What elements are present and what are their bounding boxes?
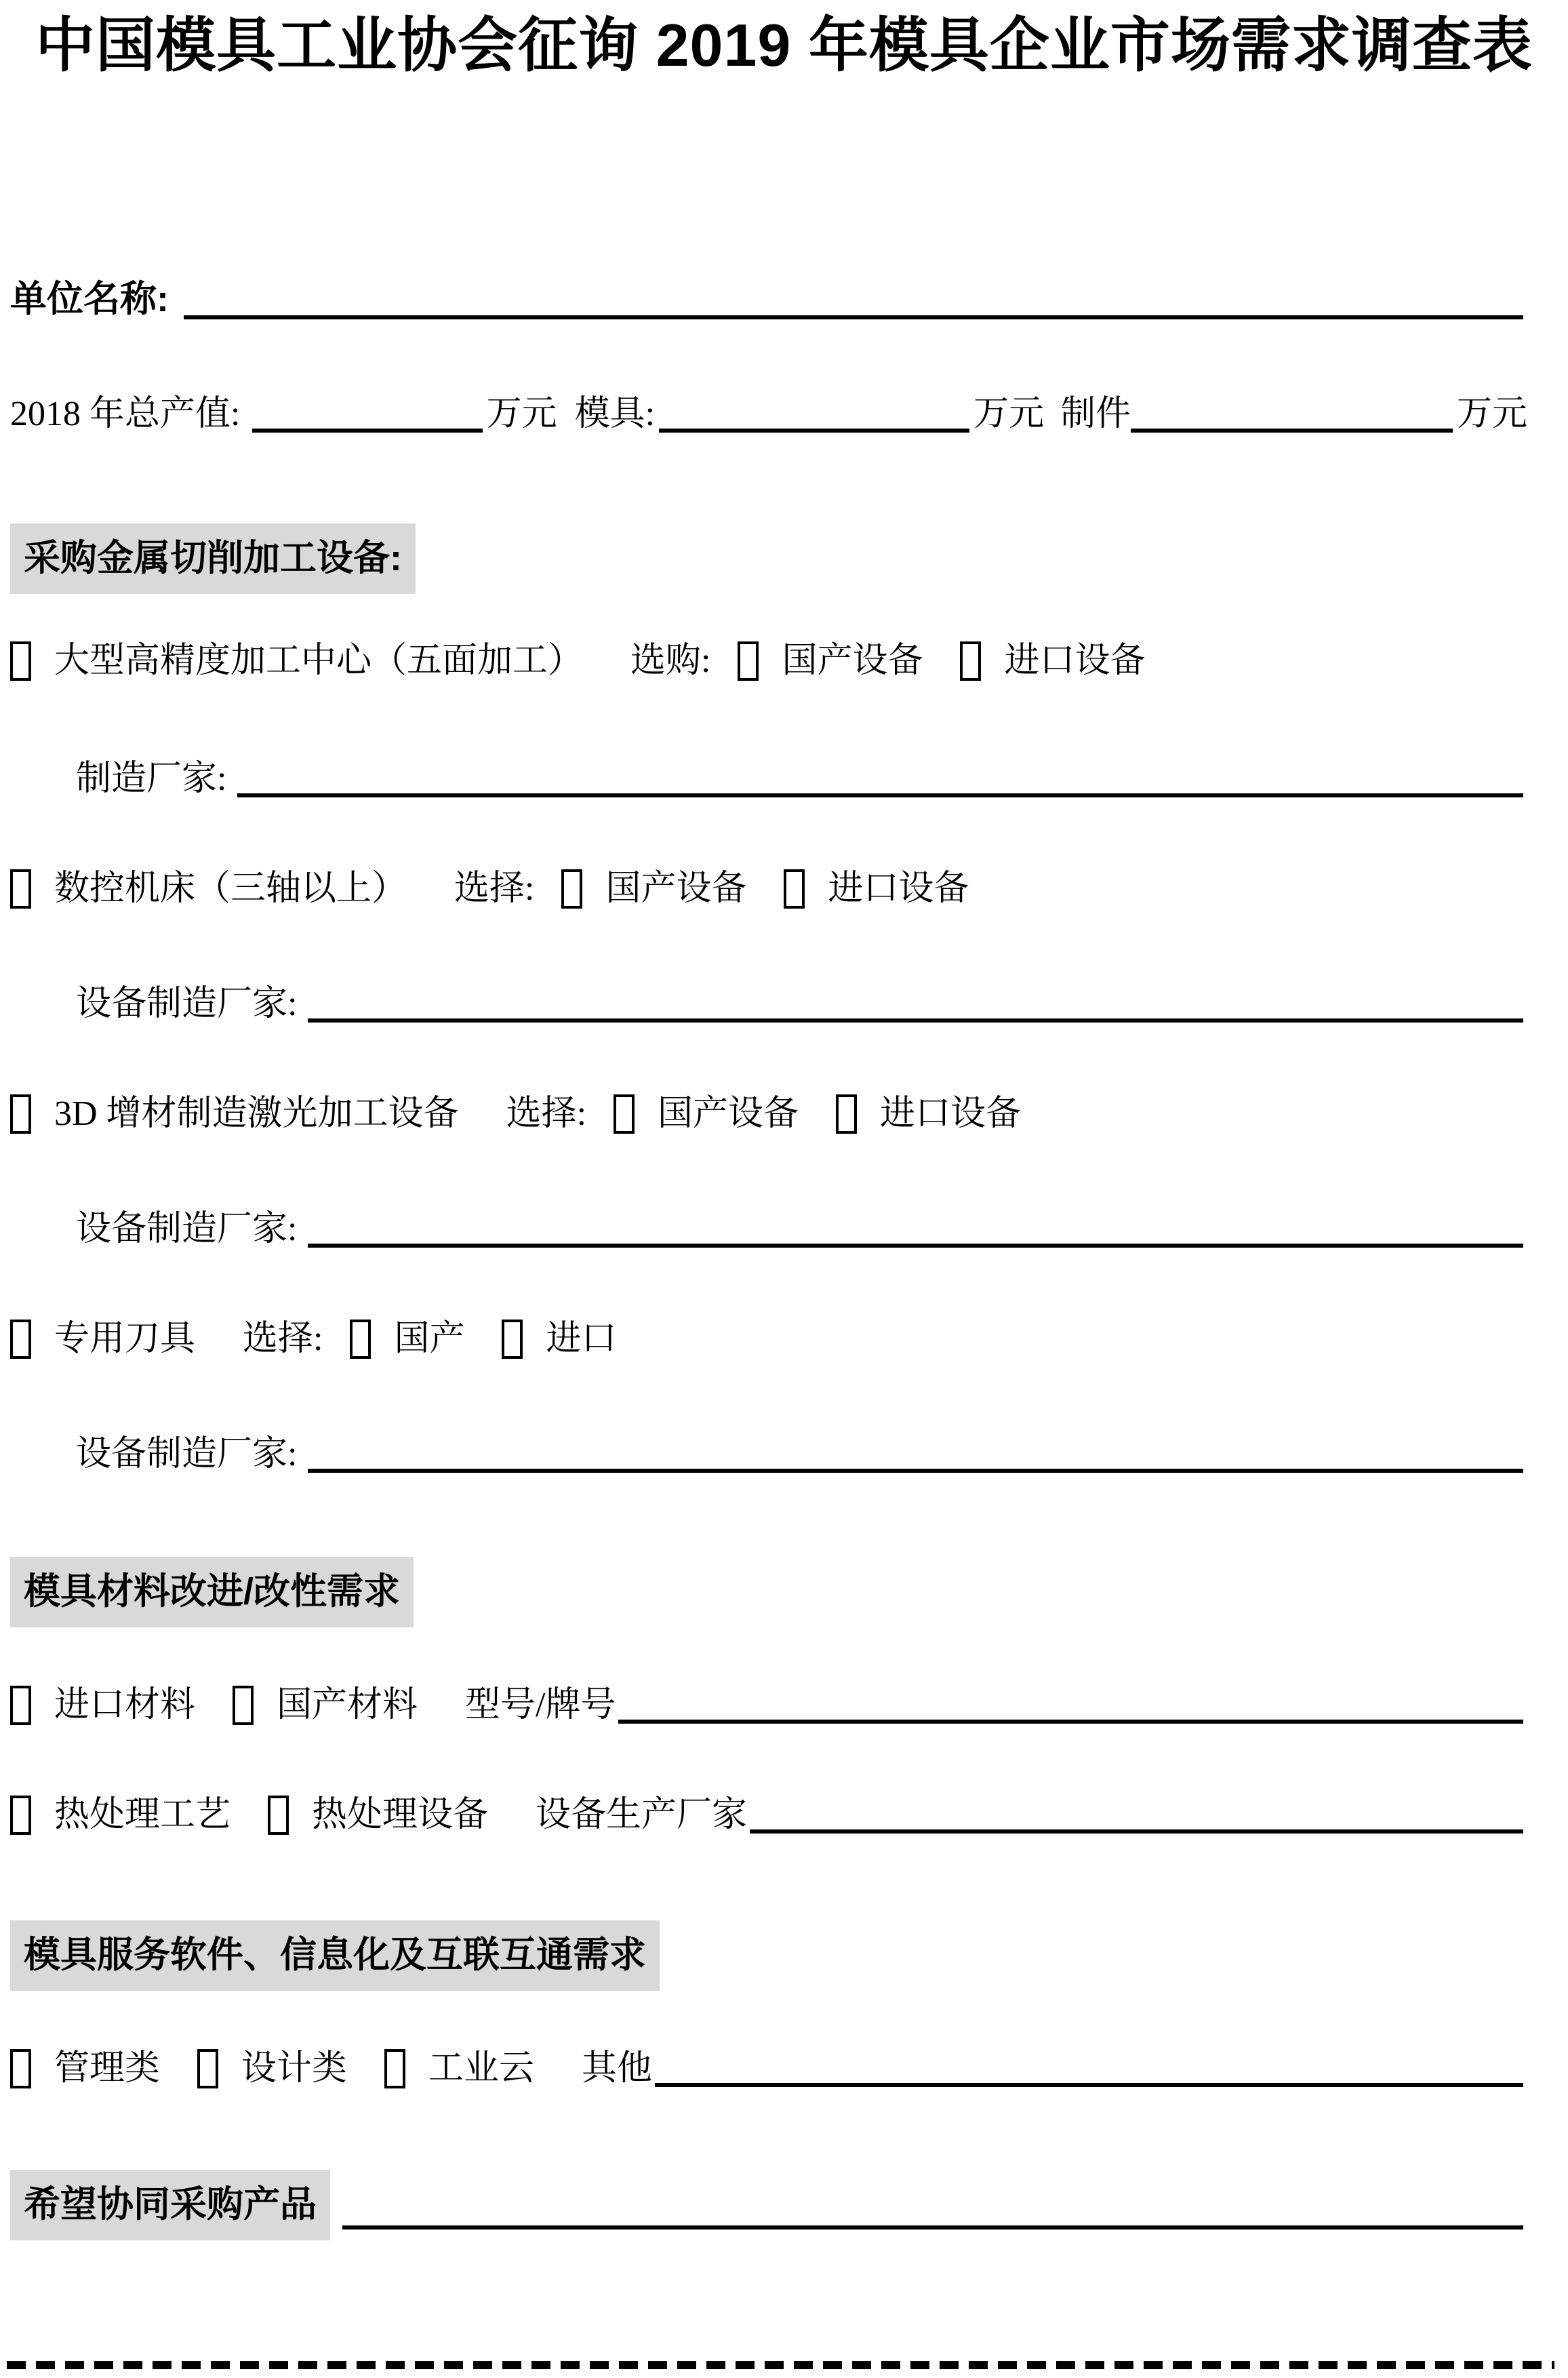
manufacturer-row-4: 设备制造厂家: bbox=[76, 1432, 1527, 1476]
unit-wanyuan-1: 万元 bbox=[487, 392, 557, 436]
fill-line-model-grade[interactable] bbox=[618, 1716, 1523, 1724]
option-label: 国产设备 bbox=[658, 1092, 799, 1136]
checkbox-option-domestic-equipment-1[interactable] bbox=[738, 641, 759, 681]
checkbox-heat-treatment-process[interactable] bbox=[10, 1796, 31, 1835]
checkbox-option-domestic-equipment-3[interactable] bbox=[614, 1094, 635, 1134]
manufacturer-label: 设备制造厂家: bbox=[76, 982, 297, 1026]
material-row-1: 进口材料 国产材料 型号/牌号 bbox=[10, 1683, 1527, 1727]
checkbox-option-imported-equipment-2[interactable] bbox=[784, 869, 805, 909]
other-label: 其他 bbox=[582, 2046, 652, 2090]
checkbox-management-software[interactable] bbox=[10, 2049, 31, 2088]
section-header-material: 模具材料改进/改性需求 bbox=[10, 1557, 414, 1627]
item-text: 数控机床（三轴以上） bbox=[54, 867, 407, 911]
checkbox-option-imported[interactable] bbox=[502, 1320, 523, 1359]
form-title: 中国模具工业协会征询 2019 年模具企业市场需求调查表 bbox=[0, 8, 1568, 83]
software-row: 管理类 设计类 工业云 其他 bbox=[10, 2046, 1527, 2090]
checkbox-option-domestic[interactable] bbox=[350, 1320, 371, 1359]
option-label: 工业云 bbox=[428, 2046, 534, 2090]
parts-value-label: 制件 bbox=[1060, 392, 1131, 436]
option-label: 进口设备 bbox=[1004, 639, 1145, 683]
option-label: 国产设备 bbox=[605, 867, 746, 911]
option-label: 管理类 bbox=[54, 2046, 160, 2090]
dashed-cut-line bbox=[7, 2361, 1554, 2369]
checkbox-3d-laser[interactable] bbox=[10, 1094, 31, 1134]
fill-line-other-software[interactable] bbox=[655, 2079, 1523, 2087]
fill-line-unit-name[interactable] bbox=[184, 311, 1523, 319]
item-row-cnc-machine: 数控机床（三轴以上） 选择: 国产设备 进口设备 bbox=[10, 867, 1527, 911]
total-output-label: 2018 年总产值: bbox=[10, 392, 240, 436]
checkbox-domestic-material[interactable] bbox=[233, 1686, 254, 1725]
item-text: 3D 增材制造激光加工设备 bbox=[54, 1092, 459, 1136]
item-text: 大型高精度加工中心（五面加工） bbox=[54, 639, 583, 683]
option-label: 进口材料 bbox=[54, 1683, 195, 1727]
choice-label: 选购: bbox=[630, 639, 710, 683]
item-row-3d-laser: 3D 增材制造激光加工设备 选择: 国产设备 进口设备 bbox=[10, 1092, 1527, 1136]
choice-label: 选择: bbox=[506, 1092, 586, 1136]
option-label: 进口设备 bbox=[828, 867, 969, 911]
option-label: 设计类 bbox=[241, 2046, 347, 2090]
section-header-equipment: 采购金属切削加工设备: bbox=[10, 523, 416, 594]
checkbox-industrial-cloud[interactable] bbox=[384, 2049, 405, 2088]
checkbox-heat-treatment-equipment[interactable] bbox=[268, 1796, 289, 1835]
option-label: 国产材料 bbox=[277, 1683, 418, 1727]
fill-line-parts-output[interactable] bbox=[1131, 424, 1453, 433]
fill-line-equipment-producer[interactable] bbox=[750, 1825, 1523, 1834]
fill-line-manufacturer-3[interactable] bbox=[308, 1240, 1523, 1248]
checkbox-cnc-machine[interactable] bbox=[10, 869, 31, 909]
manufacturer-row-3: 设备制造厂家: bbox=[76, 1207, 1527, 1251]
output-value-row: 2018 年总产值: 万元 模具: 万元 制件 万元 bbox=[10, 392, 1527, 436]
section-header-procurement: 希望协同采购产品 bbox=[10, 2170, 330, 2240]
checkbox-option-domestic-equipment-2[interactable] bbox=[561, 869, 582, 909]
fill-line-mould-output[interactable] bbox=[659, 424, 969, 433]
section-header-software: 模具服务软件、信息化及互联互通需求 bbox=[10, 1920, 660, 1991]
procurement-row: 希望协同采购产品 bbox=[10, 2170, 1527, 2240]
option-label: 国产 bbox=[394, 1317, 464, 1361]
manufacturer-label: 设备制造厂家: bbox=[76, 1432, 297, 1476]
manufacturer-label: 设备制造厂家: bbox=[76, 1207, 297, 1251]
survey-form-page: { "title": "中国模具工业协会征询 2019 年模具企业市场需求调查表… bbox=[0, 0, 1568, 2378]
choice-label: 选择: bbox=[454, 867, 534, 911]
manufacturer-label: 制造厂家: bbox=[76, 757, 226, 801]
mould-value-label: 模具: bbox=[575, 392, 655, 436]
checkbox-special-cutters[interactable] bbox=[10, 1320, 31, 1359]
fill-line-manufacturer-4[interactable] bbox=[308, 1465, 1523, 1473]
manufacturer-row-1: 制造厂家: bbox=[76, 757, 1527, 801]
option-label: 进口 bbox=[546, 1317, 616, 1361]
item-text: 专用刀具 bbox=[54, 1317, 195, 1361]
checkbox-option-imported-equipment-1[interactable] bbox=[960, 641, 981, 681]
unit-wanyuan-2: 万元 bbox=[973, 392, 1044, 436]
item-row-machining-center: 大型高精度加工中心（五面加工） 选购: 国产设备 进口设备 bbox=[10, 639, 1527, 683]
checkbox-imported-material[interactable] bbox=[10, 1686, 31, 1725]
item-row-special-cutters: 专用刀具 选择: 国产 进口 bbox=[10, 1317, 1527, 1361]
option-label: 热处理工艺 bbox=[54, 1793, 230, 1837]
material-row-2: 热处理工艺 热处理设备 设备生产厂家 bbox=[10, 1793, 1527, 1837]
unit-name-label: 单位名称: bbox=[10, 277, 169, 323]
choice-label: 选择: bbox=[243, 1317, 323, 1361]
manufacturer-row-2: 设备制造厂家: bbox=[76, 982, 1527, 1026]
checkbox-machining-center[interactable] bbox=[10, 641, 31, 681]
unit-name-row: 单位名称: bbox=[10, 277, 1527, 323]
option-label: 国产设备 bbox=[782, 639, 923, 683]
unit-wanyuan-3: 万元 bbox=[1457, 392, 1527, 436]
equipment-producer-label: 设备生产厂家 bbox=[536, 1793, 747, 1837]
checkbox-design-software[interactable] bbox=[197, 2049, 218, 2088]
model-grade-label: 型号/牌号 bbox=[465, 1683, 616, 1727]
checkbox-option-imported-equipment-3[interactable] bbox=[836, 1094, 857, 1134]
option-label: 热处理设备 bbox=[312, 1793, 488, 1837]
fill-line-manufacturer-1[interactable] bbox=[237, 789, 1523, 797]
fill-line-total-output[interactable] bbox=[252, 424, 482, 433]
option-label: 进口设备 bbox=[880, 1092, 1021, 1136]
fill-line-procurement[interactable] bbox=[342, 2221, 1523, 2230]
fill-line-manufacturer-2[interactable] bbox=[308, 1014, 1523, 1023]
